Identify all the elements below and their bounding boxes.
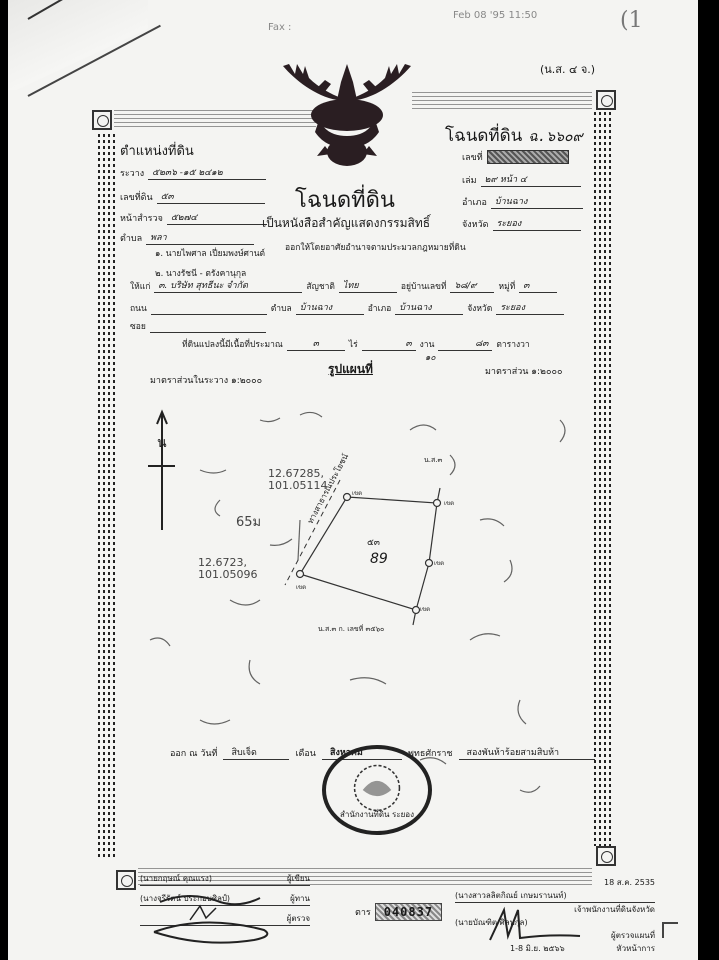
wa-label: ตารางวา: [496, 337, 529, 351]
scale-map: มาตราส่วน ๑:๒๐๐๐: [485, 364, 562, 378]
map-title: รูปแผนที่: [328, 360, 373, 379]
area-line: ที่ดินแปลงนี้มีเนื้อที่ประมาณ ๓ ไร่ ๓ งา…: [182, 336, 530, 351]
field-district: อำเภอ บ้านฉาง: [462, 194, 583, 209]
field-land-no: เลขที่ดิน ๕๓: [120, 189, 265, 204]
road-label: ถนน: [130, 301, 147, 315]
field-label: เลขที่: [462, 150, 483, 164]
official-seal-icon: สำนักงานที่ดิน ระยอง: [322, 745, 432, 835]
parcel-number: ๕๓: [367, 535, 380, 549]
serial-value: 040837: [375, 903, 442, 921]
role-writer: ผู้เขียน: [287, 872, 310, 885]
subdistrict-value: บ้านฉาง: [296, 300, 364, 315]
moo-label: หมู่ที่: [498, 279, 515, 293]
fax-datetime: Feb 08 '95 11:50: [453, 10, 537, 21]
signature-date: 18 ส.ค. 2535: [455, 876, 655, 889]
field-map-sheet: ระวาง ๕๒๓๖ -๑๕ ๒๔๑๒: [120, 165, 266, 180]
nationality-value: ไทย: [339, 278, 397, 293]
grantee-label: ให้แก่: [130, 279, 150, 293]
grantee-value: ๓. บริษัท สุทธีนะ จำกัด: [154, 278, 302, 293]
issue-day: สิบเจ็ด: [223, 745, 289, 760]
field-label: ตำบล: [120, 231, 142, 245]
right-border-pattern: [594, 112, 612, 846]
field-value: ๕๒๓๖ -๑๕ ๒๔๑๒: [148, 165, 266, 180]
field-value: ๕๒๗๔: [167, 210, 267, 225]
corner-ornament-icon: [116, 870, 136, 890]
corner-label: เขต: [352, 488, 362, 498]
issue-date-label: ออก ณ วันที่: [170, 746, 217, 760]
field-deed-no: เลขที่: [462, 150, 569, 164]
issued-under-law: ออกให้โดยอาศัยอำนาจตามประมวลกฎหมายที่ดิน: [285, 240, 466, 254]
soi-value: [150, 321, 266, 333]
rai-label: ไร่: [349, 337, 358, 351]
corner-label: เขต: [434, 558, 444, 568]
field-value: พลา: [146, 230, 254, 245]
grantee-line: ให้แก่ ๓. บริษัท สุทธีนะ จำกัด สัญชาติ ไ…: [130, 278, 557, 293]
ngan-label: งาน: [420, 337, 435, 351]
field-subdistrict: ตำบล พลา: [120, 230, 254, 245]
month-label: เดือน: [295, 746, 315, 760]
district-label: อำเภอ: [368, 301, 392, 315]
deed-title-right: โฉนดที่ดินฉ.๖๖๐๙: [445, 122, 583, 149]
handwritten-date: 1-8 มิ.ย. ๒๕๖๖: [510, 942, 565, 955]
moo-value: ๓: [519, 278, 557, 293]
seal-text: สำนักงานที่ดิน ระยอง: [326, 808, 428, 821]
soi-label: ซอย: [130, 319, 146, 333]
province-label: จังหวัด: [467, 301, 492, 315]
bracket-mark: [662, 922, 678, 938]
north-label: น: [157, 432, 167, 454]
side-note: น.ส.๓: [424, 455, 442, 466]
soi-line: ซอย: [130, 319, 266, 333]
corner-label: เขต: [296, 582, 306, 592]
deed-no-stamp: [487, 150, 569, 164]
form-code: (น.ส. ๔ จ.): [540, 60, 595, 78]
corner-label: เขต: [444, 498, 454, 508]
area-ngan: ๓: [362, 336, 416, 351]
address-label: อยู่บ้านเลขที่: [401, 279, 447, 293]
subdistrict-label: ตำบล: [271, 301, 292, 315]
field-value: ระยอง: [493, 216, 581, 231]
scale-in-sheet: มาตราส่วนในระวาง ๑:๒๐๐๐: [150, 373, 262, 387]
field-value: ๕๓: [157, 189, 265, 204]
left-border-pattern: [98, 134, 116, 860]
field-label: อำเภอ: [462, 195, 487, 209]
corner-ornament-icon: [596, 90, 616, 110]
field-value: ๒๙ หน้า ๔: [481, 172, 581, 187]
area-wa-fraction: ๑๐: [425, 350, 436, 364]
field-label: เล่ม: [462, 173, 477, 187]
corner-label: เขต: [420, 604, 430, 614]
coordinate-bottom-lon: 101.05096: [198, 569, 258, 581]
area-wa: ๘๓: [438, 336, 492, 351]
main-heading: โฉนดที่ดิน: [295, 182, 395, 217]
address-value: ๖๘/๙: [450, 278, 494, 293]
area-label: ที่ดินแปลงนี้มีเนื้อที่ประมาณ: [182, 337, 283, 351]
field-volume: เล่ม ๒๙ หน้า ๔: [462, 172, 581, 187]
parcel-handwritten-number: 89: [370, 551, 388, 567]
road-line: ถนน ตำบล บ้านฉาง อำเภอ บ้านฉาง จังหวัด ร…: [130, 300, 564, 315]
folded-corner: [8, 0, 148, 90]
bottom-note: น.ส.๓ ก. เลขที่ ๓๕๖๐: [318, 624, 384, 635]
field-value: บ้านฉาง: [491, 194, 583, 209]
field-province: จังหวัด ระยอง: [462, 216, 581, 231]
nationality-label: สัญชาติ: [306, 279, 335, 293]
page-mark: (1: [620, 8, 643, 33]
deed-number-handwritten: ฉ.๖๖๐๙: [528, 129, 583, 145]
field-label: ระวาง: [120, 166, 144, 180]
location-heading: ตำแหน่งที่ดิน: [120, 140, 194, 161]
road-value: [151, 303, 267, 315]
distance-label: 65ม: [236, 517, 261, 529]
role-checker: ผู้ตรวจ: [287, 912, 310, 925]
handwritten-signature-icon: [150, 880, 290, 950]
role-reviewer: ผู้ทาน: [290, 892, 310, 905]
district-value: บ้านฉาง: [395, 300, 463, 315]
sub-heading: เป็นหนังสือสำคัญแสดงกรรมสิทธิ์: [262, 214, 430, 233]
field-label: หน้าสำรวจ: [120, 211, 163, 225]
corner-ornament-icon: [92, 110, 112, 130]
deed-title-text: โฉนดที่ดิน: [445, 126, 522, 146]
field-label: เลขที่ดิน: [120, 190, 153, 204]
serial-prefix: ตาร: [355, 905, 371, 919]
area-rai: ๓: [287, 336, 345, 351]
owner-1: ๑. นายไพศาล เปี่ยมพงษ์ศานต์: [155, 246, 265, 260]
field-label: จังหวัด: [462, 217, 489, 231]
corner-ornament-icon: [596, 846, 616, 866]
coordinate-bottom: 12.6723, 101.05096: [198, 557, 258, 581]
serial-number: ตาร 040837: [355, 903, 442, 921]
coordinate-top: 12.67285, 101.05114: [268, 468, 328, 492]
issue-year: สองพันห้าร้อยสามสิบห้า: [459, 745, 595, 760]
field-survey-page: หน้าสำรวจ ๕๒๗๔: [120, 210, 267, 225]
top-border-microtext: [412, 92, 592, 110]
garuda-emblem-icon: [275, 60, 420, 170]
province-value: ระยอง: [496, 300, 564, 315]
fax-label: Fax :: [268, 22, 291, 33]
